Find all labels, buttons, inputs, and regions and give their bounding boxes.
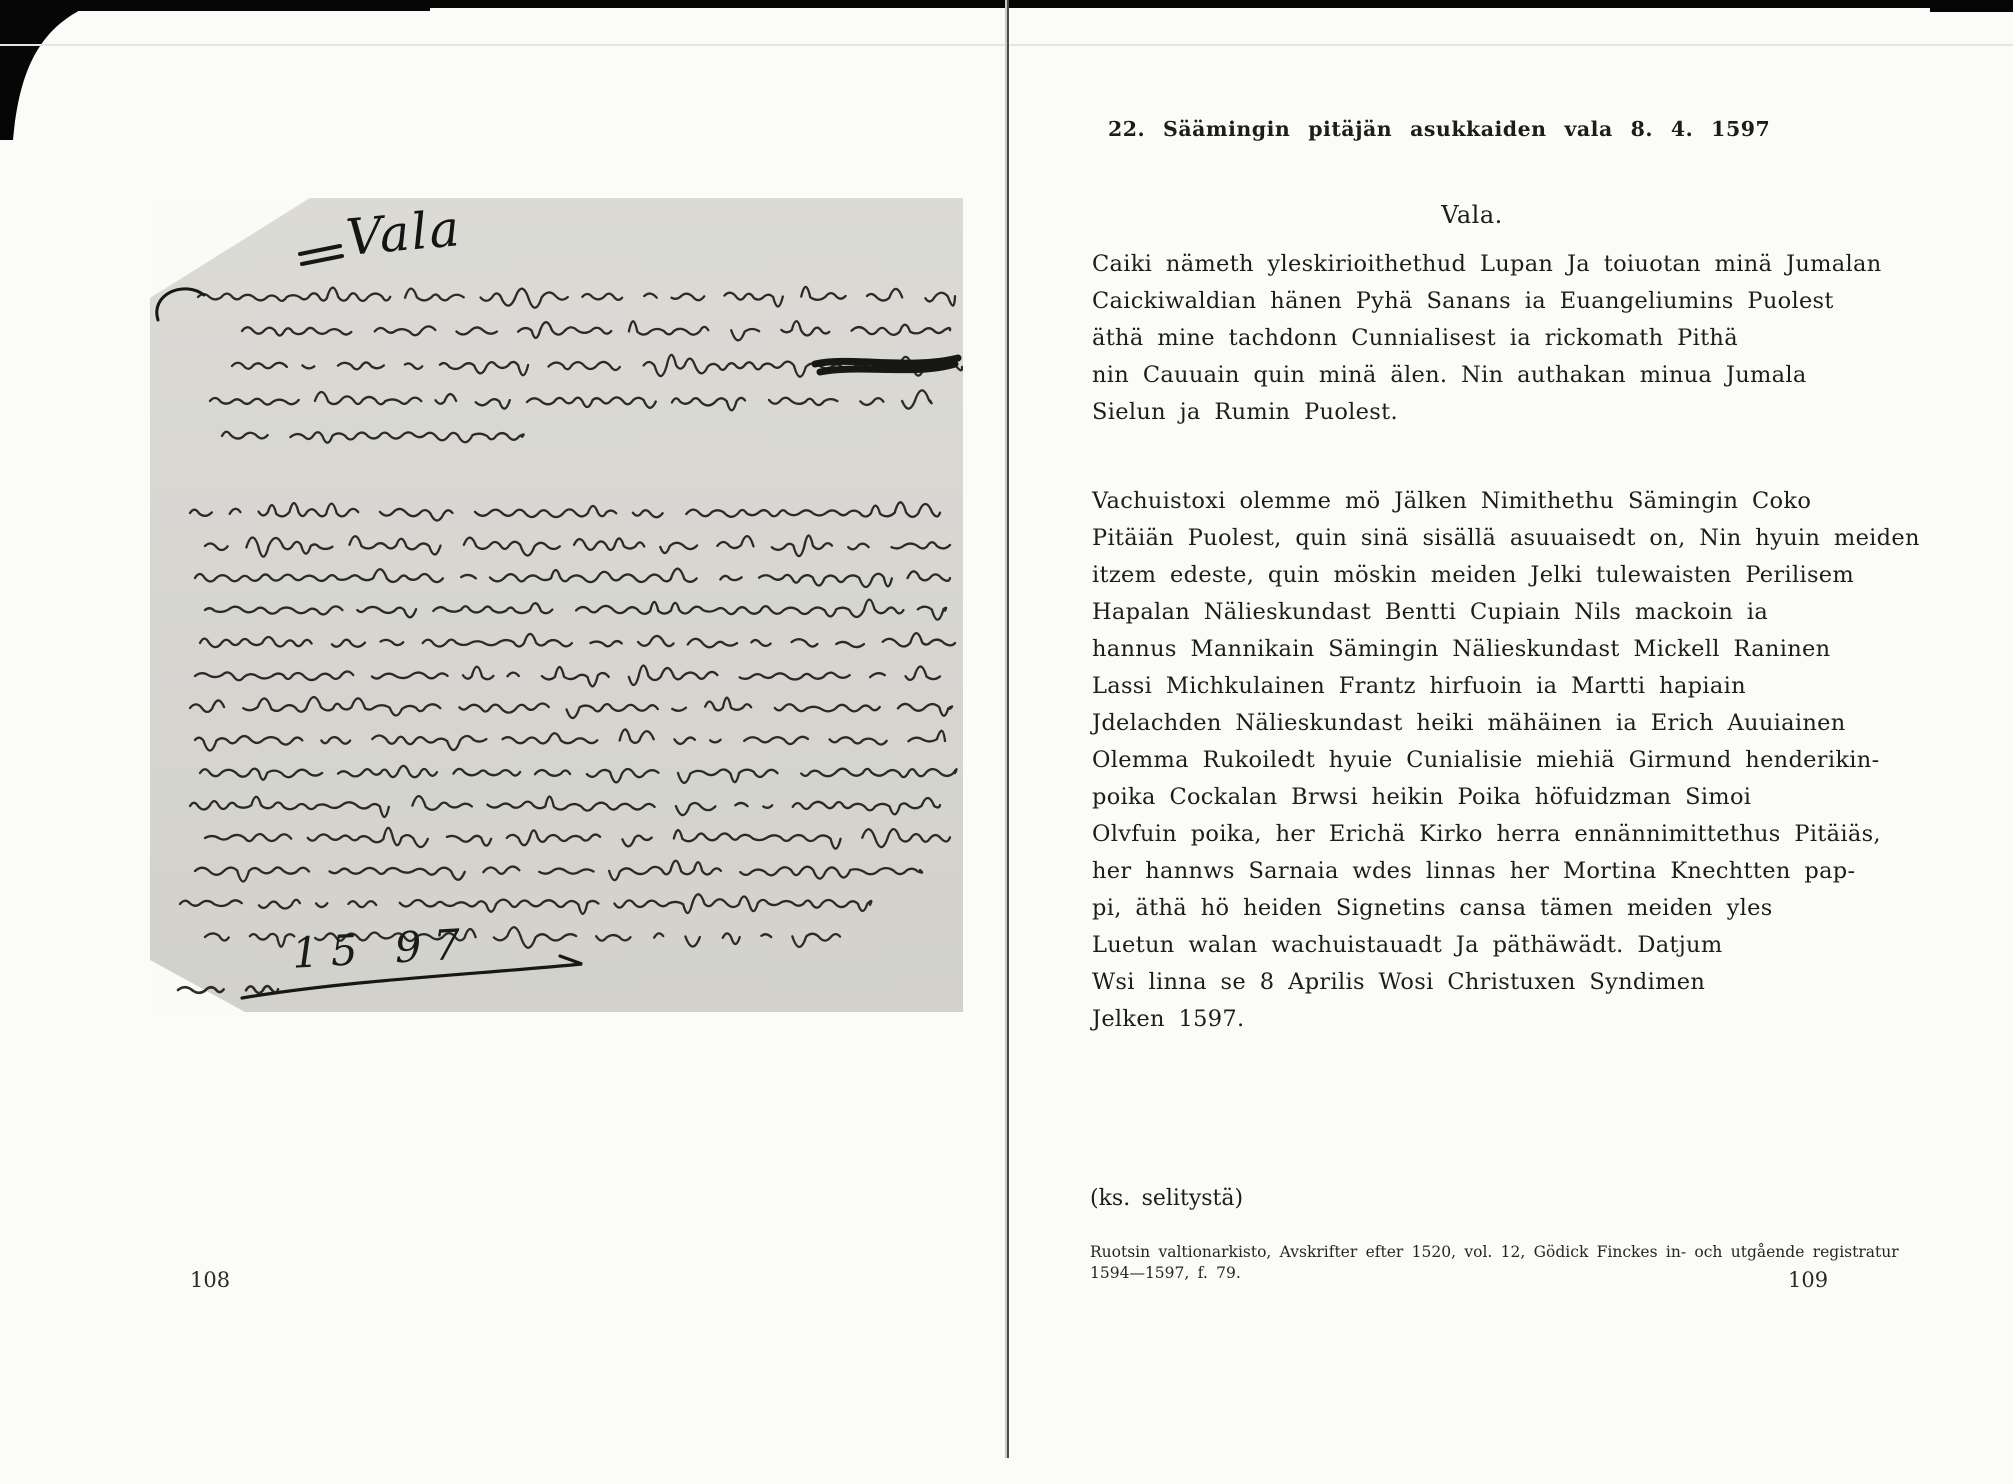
handwriting-line bbox=[242, 321, 950, 340]
handwriting-line bbox=[195, 861, 922, 882]
handwriting-line bbox=[190, 796, 940, 817]
handwriting-line bbox=[195, 729, 945, 750]
text-line: Luetun walan wachuistauadt Ja päthäwädt.… bbox=[1092, 927, 1920, 964]
text-line: nin Cauuain quin minä älen. Nin authakan… bbox=[1092, 357, 1882, 394]
page-number-right: 109 bbox=[1788, 1268, 1828, 1292]
handwriting-line bbox=[205, 600, 946, 620]
text-line: Caickiwaldian hänen Pyhä Sanans ia Euang… bbox=[1092, 283, 1882, 320]
see-explanation-note: (ks. selitystä) bbox=[1090, 1186, 1243, 1211]
text-line: her hannws Sarnaia wdes linnas her Morti… bbox=[1092, 853, 1920, 890]
manuscript-handwriting bbox=[150, 198, 963, 1012]
document-header: 22. Säämingin pitäjän asukkaiden vala 8.… bbox=[1108, 117, 1770, 141]
text-line: pi, äthä hö heiden Signetins cansa tämen… bbox=[1092, 890, 1920, 927]
handwriting-line bbox=[195, 569, 950, 587]
page-number-left: 108 bbox=[190, 1268, 230, 1292]
handwriting-line bbox=[195, 666, 940, 687]
document-title: Vala. bbox=[1092, 201, 1852, 229]
text-line: 1594—1597, f. 79. bbox=[1090, 1263, 1899, 1284]
text-line: Hapalan Nälieskundast Bentti Cupiain Nil… bbox=[1092, 594, 1920, 631]
handwriting-line bbox=[222, 432, 524, 443]
text-line: Vachuistoxi olemme mö Jälken Nimithethu … bbox=[1092, 483, 1920, 520]
text-line: itzem edeste, quin möskin meiden Jelki t… bbox=[1092, 557, 1920, 594]
text-line: Ruotsin valtionarkisto, Avskrifter efter… bbox=[1090, 1242, 1899, 1263]
handwriting-line bbox=[190, 502, 940, 520]
handwriting-line bbox=[205, 828, 950, 849]
text-line: Olvfuin poika, her Erichä Kirko herra en… bbox=[1092, 816, 1920, 853]
manuscript-title: Vala bbox=[344, 199, 464, 267]
handwriting-line bbox=[210, 390, 932, 410]
handwriting-line bbox=[198, 287, 955, 308]
book-spread-scan: Vala 15 97 108 22. Säämingin pitäjän asu… bbox=[0, 0, 2013, 1484]
manuscript-facsimile: Vala 15 97 bbox=[150, 198, 963, 1012]
handwriting-flourish bbox=[157, 289, 204, 320]
handwriting-flourish bbox=[815, 358, 958, 372]
text-line: Jelken 1597. bbox=[1092, 1001, 1920, 1038]
witness-paragraph: Vachuistoxi olemme mö Jälken Nimithethu … bbox=[1092, 483, 1920, 1038]
text-line: hannus Mannikain Sämingin Nälieskundast … bbox=[1092, 631, 1920, 668]
text-line: Wsi linna se 8 Aprilis Wosi Christuxen S… bbox=[1092, 964, 1920, 1001]
page-corner-shadow bbox=[0, 0, 140, 150]
text-line: äthä mine tachdonn Cunnialisest ia ricko… bbox=[1092, 320, 1882, 357]
page-divider-rule bbox=[1007, 0, 1009, 1458]
text-line: Caiki nämeth yleskirioithethud Lupan Ja … bbox=[1092, 246, 1882, 283]
handwriting-line bbox=[200, 633, 955, 647]
handwriting-flourish bbox=[300, 246, 342, 264]
handwriting-line bbox=[200, 766, 957, 783]
handwriting-line bbox=[190, 697, 952, 718]
text-line: Lassi Michkulainen Frantz hirfuoin ia Ma… bbox=[1092, 668, 1920, 705]
text-line: Pitäiän Puolest, quin sinä sisällä asuua… bbox=[1092, 520, 1920, 557]
manuscript-date: 15 97 bbox=[291, 919, 474, 977]
handwriting-line bbox=[205, 535, 950, 556]
source-footnote: Ruotsin valtionarkisto, Avskrifter efter… bbox=[1090, 1242, 1899, 1284]
oath-paragraph: Caiki nämeth yleskirioithethud Lupan Ja … bbox=[1092, 246, 1882, 431]
text-line: poika Cockalan Brwsi heikin Poika höfuid… bbox=[1092, 779, 1920, 816]
handwriting-line bbox=[180, 894, 871, 914]
text-line: Olemma Rukoiledt hyuie Cunialisie miehiä… bbox=[1092, 742, 1920, 779]
scan-top-edge-right bbox=[1930, 0, 2013, 12]
text-line: Sielun ja Rumin Puolest. bbox=[1092, 394, 1882, 431]
text-line: Jdelachden Nälieskundast heiki mähäinen … bbox=[1092, 705, 1920, 742]
